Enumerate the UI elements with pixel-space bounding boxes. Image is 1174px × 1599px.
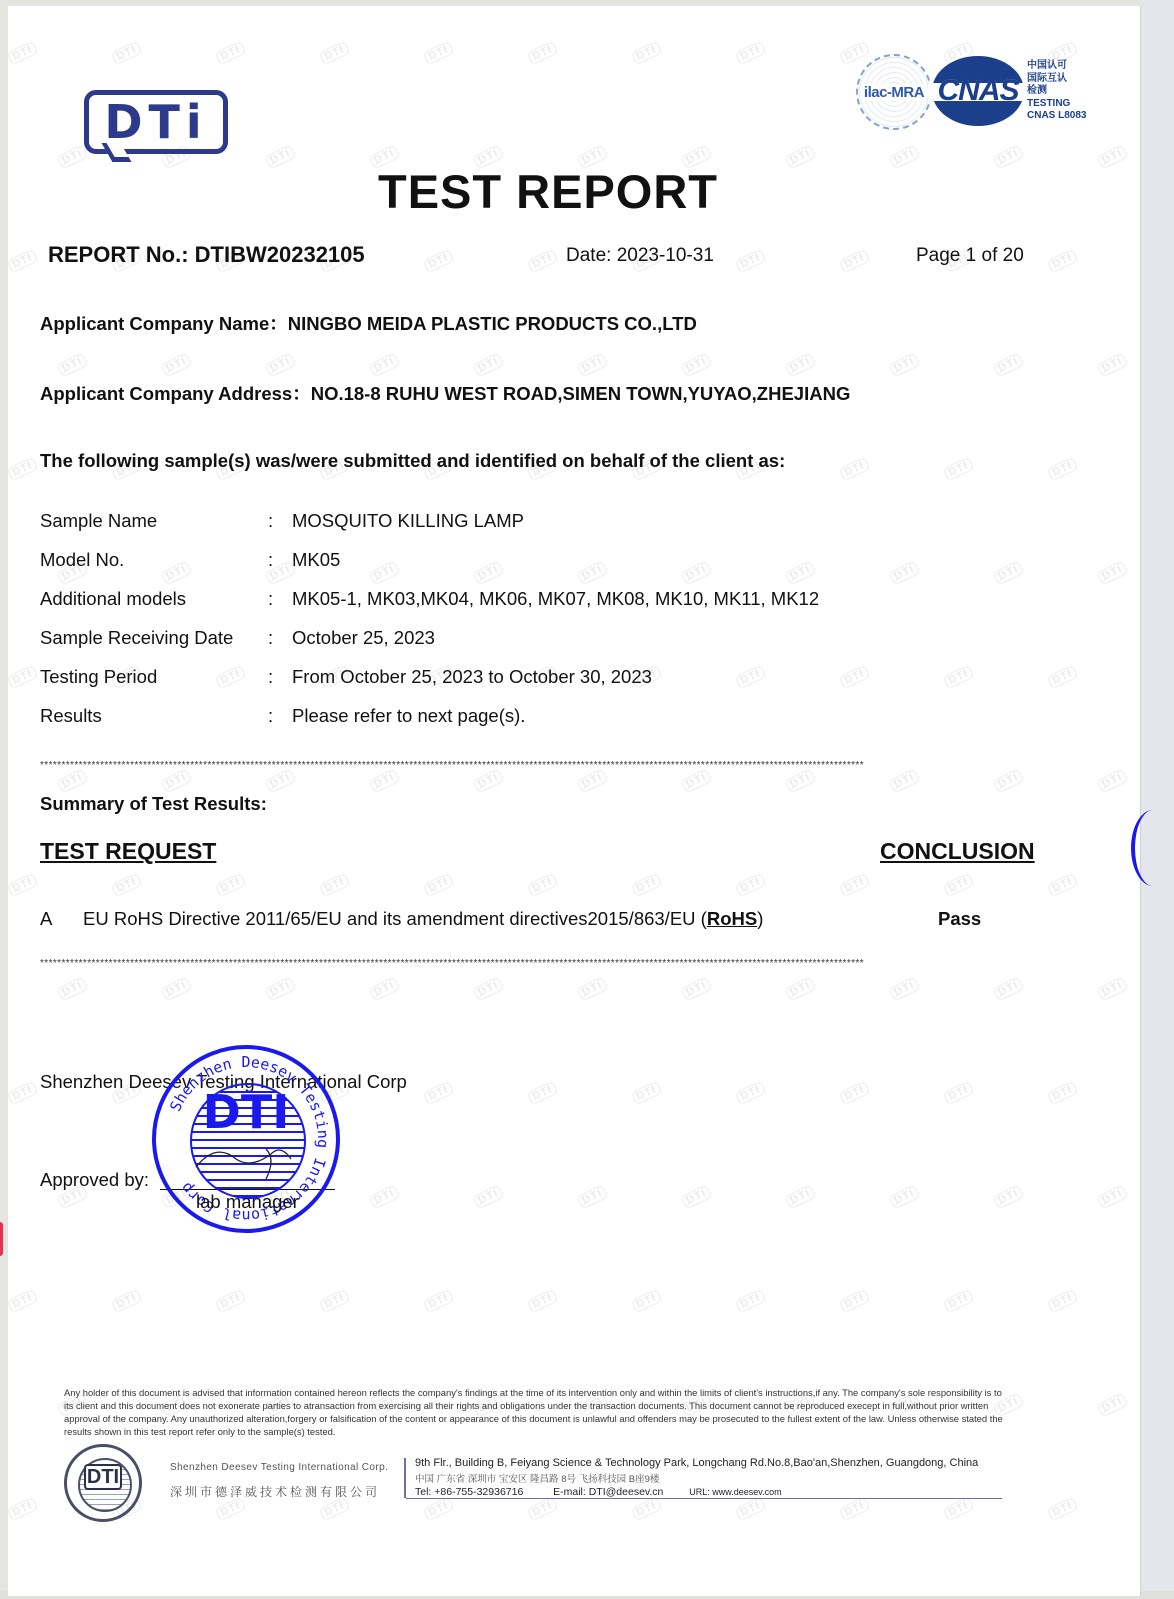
row-letter: A [40, 908, 52, 930]
cnas-logo: CNAS [932, 56, 1024, 126]
applicant-address: Applicant Company Address：NO.18-8 RUHU W… [40, 380, 850, 406]
dti-watermark-icon: DTI [6, 665, 38, 690]
cnas-text: CNAS [937, 74, 1018, 108]
dti-watermark-icon: DTI [1046, 1289, 1078, 1314]
column-conclusion: CONCLUSION [880, 838, 1035, 865]
dti-watermark-icon: DTI [318, 1497, 350, 1522]
dti-watermark-icon: DTI [734, 1497, 766, 1522]
row-test-request: EU RoHS Directive 2011/65/EU and its ame… [83, 908, 763, 930]
dti-watermark-icon: DTI [6, 1081, 38, 1106]
footer-seal-label: DTI [84, 1464, 122, 1490]
dti-watermark-icon: DTI [368, 353, 400, 378]
dti-watermark-icon: DTI [472, 1185, 504, 1210]
cnas-accreditation-text: 中国认可 国际互认 检测 TESTING CNAS L8083 [1027, 60, 1086, 123]
dti-watermark-icon: DTI [6, 41, 38, 66]
dti-watermark-icon: DTI [264, 977, 296, 1002]
report-date: Date: 2023-10-31 [566, 245, 714, 267]
cnas-line: 中国认可 [1027, 60, 1086, 73]
field-colon: : [268, 627, 273, 649]
dti-watermark-icon: DTI [630, 1081, 662, 1106]
dti-watermark-icon: DTI [838, 1081, 870, 1106]
field-value: From October 25, 2023 to October 30, 202… [292, 666, 652, 688]
dti-watermark-icon: DTI [784, 977, 816, 1002]
field-label: Sample Name [40, 510, 157, 532]
dti-watermark-icon: DTI [1096, 977, 1128, 1002]
viewer-side-tab[interactable] [0, 1222, 3, 1256]
dti-watermark-icon: DTI [368, 769, 400, 794]
dti-watermark-icon: DTI [472, 769, 504, 794]
dti-watermark-icon: DTI [942, 1081, 974, 1106]
dti-watermark-icon: DTI [1046, 249, 1078, 274]
dti-watermark-icon: DTI [838, 1497, 870, 1522]
dti-watermark-icon: DTI [264, 769, 296, 794]
row-close-paren: ) [757, 908, 763, 929]
ilac-mra-text: ilac-MRA [864, 84, 924, 101]
dti-watermark-icon: DTI [56, 353, 88, 378]
field-value: Please refer to next page(s). [292, 705, 525, 727]
cnas-line: CNAS L8083 [1027, 110, 1086, 123]
dti-watermark-icon: DTI [368, 561, 400, 586]
cnas-line: TESTING [1027, 98, 1086, 111]
dti-watermark-icon: DTI [734, 665, 766, 690]
dti-watermark-icon: DTI [1096, 769, 1128, 794]
viewer-scrollbar-track[interactable] [1141, 0, 1174, 1599]
field-colon: : [268, 549, 273, 571]
dti-watermark-icon: DTI [680, 769, 712, 794]
field-label: Results [40, 705, 102, 727]
field-value: MK05-1, MK03,MK04, MK06, MK07, MK08, MK1… [292, 588, 819, 610]
stamp-dti-label: DTI [203, 1085, 290, 1139]
dti-watermark-icon: DTI [734, 41, 766, 66]
footer-divider [404, 1458, 406, 1498]
footer-tel: Tel: +86-755-32936716 [415, 1486, 523, 1498]
dti-watermark-icon: DTI [734, 249, 766, 274]
field-label: Sample Receiving Date [40, 627, 233, 649]
dti-watermark-icon: DTI [1096, 1185, 1128, 1210]
dti-watermark-icon: DTI [888, 1185, 920, 1210]
dti-watermark-icon: DTI [942, 457, 974, 482]
footer-company-cn: 深圳市德泽威技术检测有限公司 [170, 1483, 380, 1500]
page-number: Page 1 of 20 [916, 245, 1024, 267]
page-title: TEST REPORT [8, 164, 1088, 219]
dti-watermark-icon: DTI [1046, 1081, 1078, 1106]
dti-watermark-icon: DTI [576, 1185, 608, 1210]
dti-watermark-icon: DTI [472, 561, 504, 586]
dti-watermark-icon: DTI [784, 353, 816, 378]
dti-watermark-icon: DTI [110, 41, 142, 66]
footer-address-en: 9th Flr., Building B, Feiyang Science & … [415, 1457, 978, 1469]
dti-watermark-icon: DTI [526, 1497, 558, 1522]
footer-seal-logo: DTI [64, 1444, 142, 1522]
row-conclusion-pass: Pass [938, 908, 981, 930]
dti-watermark-icon: DTI [992, 1185, 1024, 1210]
applicant-name: Applicant Company Name：NINGBO MEIDA PLAS… [40, 310, 697, 336]
dti-watermark-icon: DTI [576, 561, 608, 586]
field-colon: : [268, 705, 273, 727]
approved-by-label: Approved by: [40, 1169, 149, 1191]
dti-watermark-icon: DTI [526, 873, 558, 898]
dti-watermark-icon: DTI [576, 977, 608, 1002]
dti-watermark-icon: DTI [6, 457, 38, 482]
dti-watermark-icon: DTI [472, 977, 504, 1002]
dti-watermark-icon: DTI [318, 1289, 350, 1314]
dti-watermark-icon: DTI [734, 1289, 766, 1314]
dti-watermark-icon: DTI [422, 249, 454, 274]
footer-email: E-mail: DTI@deesev.cn [553, 1486, 663, 1498]
dti-watermark-icon: DTI [422, 873, 454, 898]
dti-watermark-icon: DTI [838, 41, 870, 66]
field-colon: : [268, 588, 273, 610]
dti-watermark-icon: DTI [1046, 665, 1078, 690]
field-value: MOSQUITO KILLING LAMP [292, 510, 524, 532]
dti-watermark-icon: DTI [838, 457, 870, 482]
dti-watermark-icon: DTI [422, 1497, 454, 1522]
dti-watermark-icon: DTI [784, 1185, 816, 1210]
dti-watermark-icon: DTI [838, 249, 870, 274]
dti-watermark-icon: DTI [1096, 353, 1128, 378]
dti-watermark-icon: DTI [734, 1081, 766, 1106]
field-label: Model No. [40, 549, 124, 571]
field-value: MK05 [292, 549, 340, 571]
dti-watermark-icon: DTI [214, 1497, 246, 1522]
dti-watermark-icon: DTI [422, 41, 454, 66]
dti-watermark-icon: DTI [1046, 457, 1078, 482]
ilac-mra-logo: ilac-MRA [856, 54, 932, 130]
dti-watermark-icon: DTI [680, 977, 712, 1002]
dti-watermark-icon: DTI [56, 977, 88, 1002]
dti-watermark-icon: DTI [784, 561, 816, 586]
sample-intro: The following sample(s) was/were submitt… [40, 450, 785, 472]
dti-watermark-icon: DTI [734, 873, 766, 898]
dti-watermark-icon: DTI [110, 873, 142, 898]
footer-address-cn: 中国 广东省 深圳市 宝安区 隆昌路 8号 飞扬科技园 B座9楼 [415, 1471, 659, 1485]
dti-watermark-icon: DTI [784, 769, 816, 794]
applicant-name-value: NINGBO MEIDA PLASTIC PRODUCTS CO.,LTD [288, 313, 697, 334]
dti-watermark-icon: DTI [888, 769, 920, 794]
dti-watermark-icon: DTI [6, 249, 38, 274]
dti-watermark-icon: DTI [888, 561, 920, 586]
dti-watermark-icon: DTI [942, 873, 974, 898]
dti-watermark-icon: DTI [526, 1081, 558, 1106]
dti-watermark-icon: DTI [838, 665, 870, 690]
summary-heading: Summary of Test Results: [40, 793, 267, 815]
field-label: Additional models [40, 588, 186, 610]
dti-watermark-icon: DTI [214, 873, 246, 898]
dti-watermark-icon: DTI [992, 353, 1024, 378]
dti-watermark-icon: DTI [1096, 561, 1128, 586]
applicant-name-label: Applicant Company Name： [40, 313, 288, 334]
dti-watermark-icon: DTI [214, 41, 246, 66]
dti-watermark-icon: DTI [942, 1497, 974, 1522]
applicant-address-label: Applicant Company Address： [40, 383, 311, 404]
dti-watermark-icon: DTI [368, 1185, 400, 1210]
footer-underline [406, 1498, 1002, 1499]
dti-watermark-icon: DTI [680, 1185, 712, 1210]
dti-watermark-icon: DTI [526, 249, 558, 274]
dti-watermark-icon: DTI [160, 561, 192, 586]
cnas-line: 检测 [1027, 85, 1086, 98]
dti-watermark-icon: DTI [576, 353, 608, 378]
dti-logo: DTi [84, 90, 228, 154]
cnas-line: 国际互认 [1027, 73, 1086, 86]
dti-watermark-icon: DTI [1096, 145, 1128, 170]
dti-watermark-icon: DTI [576, 769, 608, 794]
dti-watermark-icon: DTI [6, 873, 38, 898]
report-number: REPORT No.: DTIBW20232105 [48, 242, 365, 268]
legal-disclaimer: Any holder of this document is advised t… [64, 1386, 1004, 1438]
dti-watermark-icon: DTI [214, 665, 246, 690]
dti-watermark-icon: DTI [422, 1081, 454, 1106]
column-test-request: TEST REQUEST [40, 838, 216, 865]
field-colon: : [268, 666, 273, 688]
dti-watermark-icon: DTI [6, 1497, 38, 1522]
dti-watermark-icon: DTI [1096, 1393, 1128, 1418]
dti-watermark-icon: DTI [422, 1289, 454, 1314]
dti-watermark-icon: DTI [110, 1289, 142, 1314]
dti-watermark-icon: DTI [368, 977, 400, 1002]
separator-bottom: ****************************************… [40, 958, 1040, 969]
dti-watermark-icon: DTI [992, 977, 1024, 1002]
document-page: DTIDTIDTIDTIDTIDTIDTIDTIDTIDTIDTIDTIDTID… [8, 6, 1141, 1596]
footer-contact: Tel: +86-755-32936716 E-mail: DTI@deesev… [415, 1486, 782, 1498]
dti-watermark-icon: DTI [1046, 873, 1078, 898]
dti-watermark-icon: DTI [472, 353, 504, 378]
dti-watermark-icon: DTI [888, 353, 920, 378]
applicant-address-value: NO.18-8 RUHU WEST ROAD,SIMEN TOWN,YUYAO,… [311, 383, 851, 404]
dti-watermark-icon: DTI [992, 561, 1024, 586]
dti-watermark-icon: DTI [160, 977, 192, 1002]
dti-watermark-icon: DTI [264, 353, 296, 378]
dti-watermark-icon: DTI [160, 353, 192, 378]
field-value: October 25, 2023 [292, 627, 435, 649]
footer-company-en: Shenzhen Deesev Testing International Co… [170, 1462, 388, 1473]
approver-role: lab manager [196, 1191, 299, 1213]
dti-watermark-icon: DTI [214, 1289, 246, 1314]
row-text: EU RoHS Directive 2011/65/EU and its ame… [83, 908, 707, 929]
rohs-abbreviation: RoHS [707, 908, 757, 929]
dti-watermark-icon: DTI [838, 873, 870, 898]
dti-watermark-icon: DTI [318, 41, 350, 66]
dti-watermark-icon: DTI [630, 41, 662, 66]
field-label: Testing Period [40, 666, 157, 688]
dti-watermark-icon: DTI [1046, 1497, 1078, 1522]
dti-watermark-icon: DTI [630, 1289, 662, 1314]
dti-watermark-icon: DTI [6, 1289, 38, 1314]
field-colon: : [268, 510, 273, 532]
dti-watermark-icon: DTI [838, 1289, 870, 1314]
dti-watermark-icon: DTI [680, 561, 712, 586]
dti-watermark-icon: DTI [630, 1497, 662, 1522]
stamp-edge-arc [1131, 810, 1174, 886]
footer-url: URL: www.deesev.com [689, 1487, 781, 1497]
dti-watermark-icon: DTI [526, 1289, 558, 1314]
footer-seal-text: DTI [67, 1466, 139, 1489]
separator-top: ****************************************… [40, 760, 1040, 771]
dti-watermark-icon: DTI [992, 769, 1024, 794]
dti-watermark-icon: DTI [56, 769, 88, 794]
dti-watermark-icon: DTI [160, 769, 192, 794]
dti-watermark-icon: DTI [318, 873, 350, 898]
dti-logo-text: DTi [104, 95, 207, 149]
dti-watermark-icon: DTI [680, 353, 712, 378]
stamp-dti-text: DTI [156, 1087, 336, 1137]
dti-watermark-icon: DTI [942, 665, 974, 690]
dti-watermark-icon: DTI [526, 41, 558, 66]
dti-watermark-icon: DTI [942, 1289, 974, 1314]
dti-watermark-icon: DTI [630, 873, 662, 898]
dti-watermark-icon: DTI [888, 977, 920, 1002]
